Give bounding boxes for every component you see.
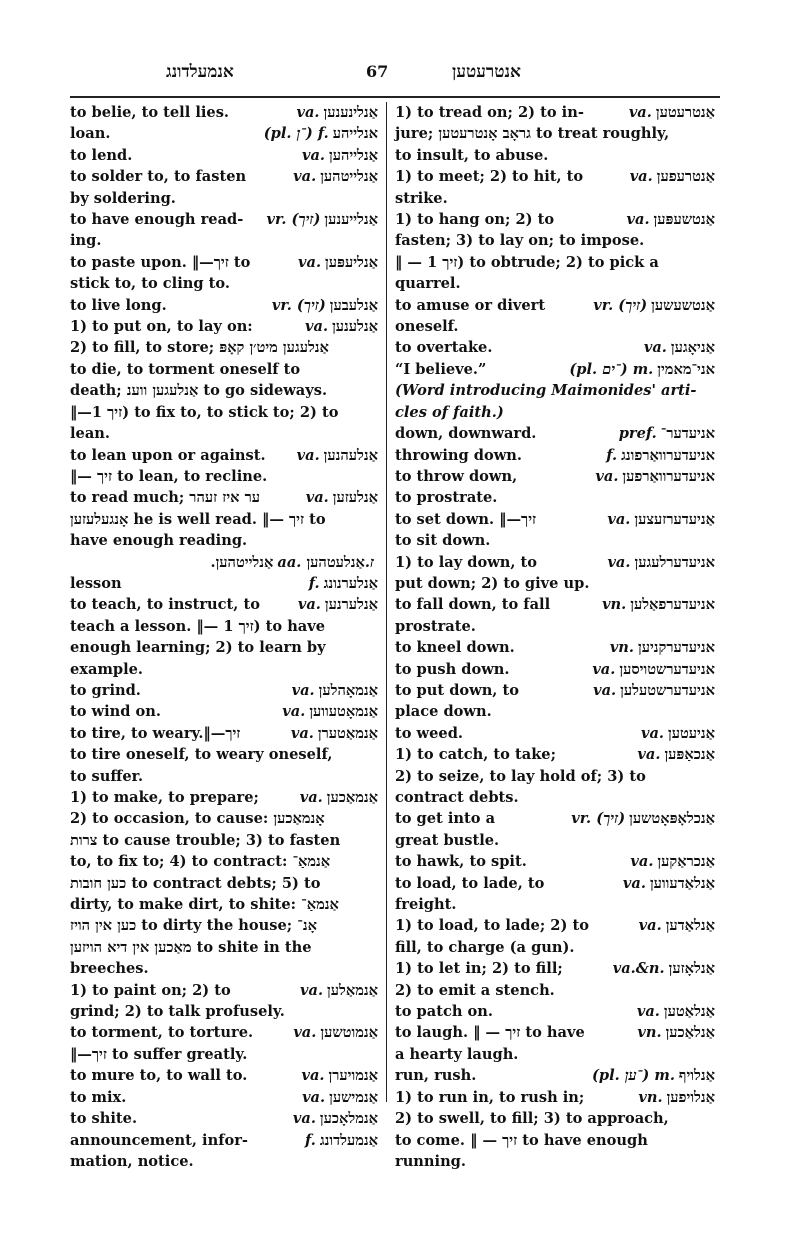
entry-definition: loan. [70,123,260,144]
entry-continuation: death; אַנלעגען ווענ to go sideways. [70,380,378,401]
entry-definition: 1) to paint on; 2) to [70,980,296,1001]
grammar-label: (pl. ־ים) m. [569,361,653,378]
dictionary-entry: to throw down,va.אניעדערוואַרפעןto prost… [395,466,715,509]
entry-note: (Word introducing Maimonides' arti- [395,380,715,401]
grammar-label: va. [623,875,646,892]
entry-continuation: מאַכען אין דיא הויזען to shite in the [70,937,378,958]
grammar-label: va. [297,447,320,464]
entry-continuation: 2) to seize, to lay hold of; 3) to [395,766,715,787]
grammar-label: vr. (זיך) [267,211,321,228]
entry-definition: to overtake. [395,337,640,358]
dictionary-entry: to have enough read-vr. (זיך)אַנלייענעןi… [70,209,378,252]
entry-definition: to kneel down. [395,637,606,658]
entry-headline: to paste upon. ‖—זיך tova.אַנליעפּען [70,252,378,273]
entry-continuation: 2) to fill, to store; אַנלעגען מיט׳ן קאָ… [70,337,378,358]
entry-continuation: example. [70,659,378,680]
entry-headline: throwing down.f.אניעדערוואַרפונג [395,445,715,466]
headword: אַנלייהען [329,147,378,164]
grammar-label: vn. [610,639,634,656]
entry-continuation: ing. [70,230,378,251]
entry-continuation: have enough reading. [70,530,378,551]
entry-headline: to set down. ‖—זיךva.אַניעדערזעצען [395,509,715,530]
grammar-label: va. [306,489,329,506]
grammar-label: va. [607,554,630,571]
headword: אני־מאמין [657,361,715,378]
entry-definition: 1) to run in, to rush in; [395,1087,634,1108]
dictionary-entry: to mix.va.אַנמישען [70,1087,378,1108]
entry-definition: to fall down, to fall [395,594,598,615]
entry-definition: to get into a [395,808,567,829]
entry-continuation: prostrate. [395,616,715,637]
dictionary-entry: to weed.va.אַניעטען [395,723,715,744]
entry-definition: to set down. ‖—זיך [395,509,603,530]
dictionary-entry: to overtake.va.אַניאָגען [395,337,715,358]
dictionary-entry: to teach, to instruct, tova.אַנלערנעןtea… [70,594,378,680]
grammar-label: va. [298,596,321,613]
entry-definition: to torment, to torture. [70,1022,289,1043]
headword: אַנלערנען [325,596,378,613]
entry-headline: to lend.va.אַנלייהען [70,145,378,166]
entry-headline: to grind.va.אַנמאָהלען [70,680,378,701]
entry-headline: 1) to put on, to lay on:va.אַנלענען [70,316,378,337]
entry-definition: to paste upon. ‖—זיך to [70,252,294,273]
entry-headline: to throw down,va.אניעדערוואַרפען [395,466,715,487]
headword: אַנלויפען [667,1089,715,1106]
headword: אַנלעטהען [306,554,364,571]
headword: אַנליעפּען [325,254,378,271]
dictionary-entry: lessonf.אַנלערנונג [70,573,378,594]
dictionary-entry: to laugh. ‖ — זיך to havevn.אַנלאַכעןa h… [395,1022,715,1065]
entry-headline: 1) to catch, to take;va.אַנכאַפּען [395,744,715,765]
entry-headline: 1) to meet; 2) to hit, tova.אַנטרעפען [395,166,715,187]
entry-headline: to amuse or divertvr. (זיך)אַנטשעשען [395,295,715,316]
headword: אַנכראַקען [657,853,715,870]
entry-continuation: fasten; 3) to lay on; to impose. [395,230,715,251]
entry-definition: “I believe.” [395,359,565,380]
entry-continuation: to sit down. [395,530,715,551]
entry-continuation: dirty, to make dirt, to shite: אַנמאַ־ [70,894,378,915]
entry-continuation: lean. [70,423,378,444]
entry-continuation: to tire oneself, to weary oneself, [70,744,378,765]
grammar-label: va. [293,1110,316,1127]
left-column: to belie, to tell lies.va.אַנלינענעןloan… [70,102,386,1172]
dictionary-entry: to belie, to tell lies.va.אַנלינענען [70,102,378,123]
entry-continuation: a hearty laugh. [395,1044,715,1065]
dictionary-entry: to wind on.va.אַנמאָטעווען [70,701,378,722]
entry-definition: to belie, to tell lies. [70,102,292,123]
entry-continuation: to, to fix to; 4) to contract: אַנמאַ־ [70,851,378,872]
entry-headline: to live long.vr. (זיך)אַנלעבען [70,295,378,316]
grammar-label: va. [282,703,305,720]
entry-continuation: fill, to charge (a gun). [395,937,715,958]
entry-definition: to patch on. [395,1001,633,1022]
headword: אַנמאָטעווען [309,703,378,720]
headword: אניעדערקניען [638,639,715,656]
headword: אַנלאַדען [666,917,715,934]
dictionary-entry: 1) to make, to prepare;va.אַנמאַכען2) to… [70,787,378,980]
entry-definition: to amuse or divert [395,295,589,316]
entry-definition: 1) to lay down, to [395,552,603,573]
entry-continuation: to die, to torment oneself to [70,359,378,380]
entry-continuation: teach a lesson. ‖— זיך 1) to have [70,616,378,637]
entry-definition: lesson [70,573,305,594]
headword: אַניאָגען [671,339,715,356]
entry-continuation: enough learning; 2) to learn by [70,637,378,658]
entry-headline: “I believe.”(pl. ־ים) m.אני־מאמין [395,359,715,380]
dictionary-entry: 1) to run in, to rush in;vn.אַנלויפען2) … [395,1087,715,1173]
grammar-label: va. [593,682,616,699]
grammar-label: va. [639,917,662,934]
headword: אַנמישען [329,1089,378,1106]
entry-definition: to load, to lade, to [395,873,619,894]
dictionary-entry: “I believe.”(pl. ־ים) m.אני־מאמין(Word i… [395,359,715,423]
grammar-label: va. [627,211,650,228]
entry-headline: loan.(pl. ־ן) f.אנלייהע [70,123,378,144]
entry-headline: to hawk, to spit.va.אַנכראַקען [395,851,715,872]
entry-definition: to teach, to instruct, to [70,594,294,615]
dictionary-entry: to patch on.va.אַנלאַטען [395,1001,715,1022]
entry-headline: to mure to, to wall to.va.אַנמויערן [70,1065,378,1086]
grammar-label: va. [301,1067,324,1084]
grammar-label: f. [606,447,617,464]
grammar-label: f. [305,1132,316,1149]
entry-continuation: 2) to swell, to fill; 3) to approach, [395,1108,715,1129]
cross-reference: אַנלייטהען. [211,554,274,571]
right-running-head: אנטרעטען [452,62,521,82]
headword: אַניעטען [668,725,715,742]
headword: אַנמאַכען [327,789,378,806]
grammar-label: va. [292,682,315,699]
entry-continuation: freight. [395,894,715,915]
dictionary-page: אנמעלדונג 67 אנטרעטען to belie, to tell … [70,60,720,1210]
headword: אַנלויף [679,1067,715,1084]
entry-continuation: breeches. [70,958,378,979]
entry-continuation: כען אין הויז to dirty the house; אָנ־ [70,915,378,936]
grammar-label: va. [296,104,319,121]
column-divider [386,102,387,1102]
headword: אַנלענען [332,318,378,335]
entry-definition: to wind on. [70,701,278,722]
entry-definition: to throw down, [395,466,591,487]
entry-continuation: 2) to emit a stench. [395,980,715,1001]
entry-headline: to have enough read-vr. (זיך)אַנלייענען [70,209,378,230]
entry-headline: to get into avr. (זיך)אַנכלאָפּאָטשען [395,808,715,829]
dictionary-entry: throwing down.f.אניעדערוואַרפונג [395,445,715,466]
grammar-label: va. [630,853,653,870]
grammar-label: va. [291,725,314,742]
entry-definition: run, rush. [395,1065,588,1086]
entry-headline: 1) to load, to lade; 2) tova.אַנלאַדען [395,915,715,936]
dictionary-entry: to tire, to weary.‖—זיךva.אַנמאַטערןto t… [70,723,378,787]
headword: אַנמאָהלען [319,682,378,699]
right-column: 1) to tread on; 2) to in-va.אַנטרעטעןjur… [395,102,715,1172]
headword: אַנטשעפּען [654,211,715,228]
headword: אַנלעזען [333,489,378,506]
headword: אַנלאָזען [669,960,715,977]
entry-headline: 1) to run in, to rush in;vn.אַנלויפען [395,1087,715,1108]
dictionary-entry: to hawk, to spit.va.אַנכראַקען [395,851,715,872]
entry-headline: to load, to lade, tova.אַנלאַדעווען [395,873,715,894]
dictionary-entry: to get into avr. (זיך)אַנכלאָפּאָטשעןgre… [395,808,715,851]
dictionary-entry: to lend.va.אַנלייהען [70,145,378,166]
headword: אַנטרעפען [657,168,715,185]
entry-headline: down, downward.pref.אניעדער־ [395,423,715,444]
dictionary-entry: 1) to load, to lade; 2) tova.אַנלאַדעןfi… [395,915,715,958]
headword: אניעדערשטעלען [620,682,715,699]
dictionary-entry: announcement, infor-f.אַנמעלדונגmation, … [70,1130,378,1173]
entry-headline: to read much; ער איז זעהרva.אַנלעזען [70,487,378,508]
grammar-label: va. [644,339,667,356]
headword: אַניעדערזעצען [634,511,715,528]
headword: אַנכלאָפּאָטשען [629,810,715,827]
header-rule [70,96,720,98]
entry-headline: אַנלייטהען.aa. ז.אַנלעטהען [70,552,378,573]
entry-continuation: stick to, to cling to. [70,273,378,294]
entry-definition: to lend. [70,145,298,166]
grammar-label: vr. (זיך) [571,810,625,827]
entry-continuation: jure; גראָב אָנטרעטען to treat roughly, [395,123,715,144]
dictionary-entry: to live long.vr. (זיך)אַנלעבען [70,295,378,316]
entry-continuation: great bustle. [395,830,715,851]
columns: to belie, to tell lies.va.אַנלינענעןloan… [70,102,720,1172]
grammar-label: va. [293,168,316,185]
entry-definition: 1) to catch, to take; [395,744,633,765]
entry-definition: to hawk, to spit. [395,851,626,872]
headword: אניעדערוואַרפונג [621,447,715,464]
entry-definition: 1) to let in; 2) to fill; [395,958,609,979]
entry-continuation: ‖—זיך 1) to fix to, to stick to; 2) to [70,402,378,423]
entry-headline: to lean upon or against.va.אַנלעהנען [70,445,378,466]
headword: אניעדערלעגען [634,554,715,571]
grammar-label: vr. (זיך) [593,297,647,314]
dictionary-entry: to amuse or divertvr. (זיך)אַנטשעשעןones… [395,295,715,338]
entry-headline: to tire, to weary.‖—זיךva.אַנמאַטערן [70,723,378,744]
entry-definition: to mix. [70,1087,298,1108]
headword: אַנמעלדונג [320,1132,378,1149]
headword: אַנלעבען [330,297,378,314]
entry-headline: 1) to lay down, tova.אניעדערלעגען [395,552,715,573]
grammar-label: (pl. ־ן) f. [264,125,329,142]
page-header: אנמעלדונג 67 אנטרעטען [70,60,720,94]
entry-definition: to mure to, to wall to. [70,1065,297,1086]
dictionary-entry: loan.(pl. ־ן) f.אנלייהע [70,123,378,144]
headword: אַנלאַכען [666,1024,715,1041]
entry-headline: to torment, to torture.va.אַנמוטשען [70,1022,378,1043]
dictionary-entry: to grind.va.אַנמאָהלען [70,680,378,701]
entry-headline: 1) to make, to prepare;va.אַנמאַכען [70,787,378,808]
grammar-label: va. [298,254,321,271]
entry-headline: 1) to tread on; 2) to in-va.אַנטרעטען [395,102,715,123]
grammar-label: vn. [637,1024,661,1041]
dictionary-entry: to push down.va.אניעדערשטויסען [395,659,715,680]
grammar-label: va. [293,1024,316,1041]
entry-headline: to shite.va.אַנמלאָכען [70,1108,378,1129]
entry-headline: to patch on.va.אַנלאַטען [395,1001,715,1022]
headword: אַנלייטהען [320,168,378,185]
entry-definition: 1) to make, to prepare; [70,787,296,808]
dictionary-entry: to solder to, to fastenva.אַנלייטהעןby s… [70,166,378,209]
entry-definition: 1) to hang on; 2) to [395,209,623,230]
grammar-label: va. [629,104,652,121]
grammar-label: (pl. ־ען) m. [592,1067,675,1084]
entry-continuation: contract debts. [395,787,715,808]
entry-definition: down, downward. [395,423,615,444]
entry-continuation: quarrel. [395,273,715,294]
entry-definition: to lean upon or against. [70,445,293,466]
headword: אַנלערנונג [324,575,378,592]
entry-definition: to read much; ער איז זעהר [70,487,302,508]
headword: אניעדערשטויסען [619,661,715,678]
entry-continuation: mation, notice. [70,1151,378,1172]
entry-continuation: ‖ — זיך 1) to obtrude; 2) to pick a [395,252,715,273]
entry-headline: to wind on.va.אַנמאָטעווען [70,701,378,722]
entry-headline: announcement, infor-f.אַנמעלדונג [70,1130,378,1151]
entry-continuation: grind; 2) to talk profusely. [70,1001,378,1022]
entry-definition [70,552,211,573]
headword: אַנלאַדעווען [650,875,715,892]
entry-note: cles of faith.) [395,402,715,423]
headword: אַנמויערן [329,1067,378,1084]
entry-headline: to overtake.va.אַניאָגען [395,337,715,358]
entry-headline: 1) to let in; 2) to fill;va.&n.אַנלאָזען [395,958,715,979]
grammar-label: va. [637,1003,660,1020]
grammar-label: vr. (זיך) [272,297,326,314]
grammar-label: va. [607,511,630,528]
entry-definition: to weed. [395,723,637,744]
entry-definition: to have enough read- [70,209,263,230]
entry-definition: throwing down. [395,445,602,466]
dictionary-entry: to read much; ער איז זעהרva.אַנלעזעןאָנג… [70,487,378,551]
dictionary-entry: to kneel down.vn.אניעדערקניען [395,637,715,658]
grammar-label: va. [637,746,660,763]
entry-headline: to weed.va.אַניעטען [395,723,715,744]
entry-definition: to grind. [70,680,288,701]
entry-definition: 1) to meet; 2) to hit, to [395,166,626,187]
grammar-label: va. [641,725,664,742]
entry-continuation: ‖— זיך to lean, to recline. [70,466,378,487]
dictionary-entry: 1) to let in; 2) to fill;va.&n.אַנלאָזען… [395,958,715,1001]
dictionary-entry: 1) to hang on; 2) tova.אַנטשעפּעןfasten;… [395,209,715,295]
entry-headline: 1) to hang on; 2) tova.אַנטשעפּען [395,209,715,230]
headword: אַנמאַטערן [318,725,378,742]
entry-headline: to mix.va.אַנמישען [70,1087,378,1108]
entry-definition: to push down. [395,659,588,680]
headword: אנלייהע [333,125,378,142]
dictionary-entry: to paste upon. ‖—זיך tova.אַנליעפּעןstic… [70,252,378,295]
grammar-label: va. [305,318,328,335]
entry-headline: to teach, to instruct, tova.אַנלערנען [70,594,378,615]
headword: אַנלעהנען [324,447,378,464]
dictionary-entry: to load, to lade, tova.אַנלאַדעוועןfreig… [395,873,715,916]
entry-definition: announcement, infor- [70,1130,301,1151]
left-running-head: אנמעלדונג [166,62,234,82]
entry-definition: to live long. [70,295,268,316]
dictionary-entry: 1) to lay down, tova.אניעדערלעגעןput dow… [395,552,715,595]
entry-headline: lessonf.אַנלערנונג [70,573,378,594]
dictionary-entry: 1) to tread on; 2) to in-va.אַנטרעטעןjur… [395,102,715,166]
entry-continuation: running. [395,1151,715,1172]
headword: אַנמלאָכען [320,1110,378,1127]
dictionary-entry: 1) to paint on; 2) tova.אַנמאַלעןgrind; … [70,980,378,1023]
entry-headline: to kneel down.vn.אניעדערקניען [395,637,715,658]
entry-definition: to tire, to weary.‖—זיך [70,723,287,744]
headword: אַנכאַפּען [664,746,715,763]
entry-continuation: כען חובות to contract debts; 5) to [70,873,378,894]
dictionary-entry: to shite.va.אַנמלאָכען [70,1108,378,1129]
grammar-label: va. [302,147,325,164]
grammar-label: vn. [602,596,626,613]
headword: אַנלינענען [324,104,379,121]
entry-headline: to laugh. ‖ — זיך to havevn.אַנלאַכען [395,1022,715,1043]
headword: אַנמוטשען [320,1024,378,1041]
entry-continuation: oneself. [395,316,715,337]
entry-continuation: by soldering. [70,188,378,209]
entry-continuation: צרות to cause trouble; 3) to fasten [70,830,378,851]
entry-continuation: put down; 2) to give up. [395,573,715,594]
dictionary-entry: to lean upon or against.va.אַנלעהנען‖— ז… [70,445,378,488]
headword: אַנלאַטען [664,1003,715,1020]
grammar-label: va. [300,789,323,806]
dictionary-entry: אַנלייטהען.aa. ז.אַנלעטהען [70,552,378,573]
dictionary-entry: to torment, to torture.va.אַנמוטשען‖—זיך… [70,1022,378,1065]
grammar-label: vn. [638,1089,662,1106]
dictionary-entry: to mure to, to wall to.va.אַנמויערן [70,1065,378,1086]
grammar-label: f. [309,575,320,592]
grammar-label: va. [300,982,323,999]
entry-continuation: 2) to occasion, to cause: אָנמאַכען [70,808,378,829]
grammar-label: va.&n. [613,960,665,977]
dictionary-entry: to fall down, to fallvn.אניעדערפאַלעןpro… [395,594,715,637]
headword: אַנטשעשען [651,297,715,314]
page-number: 67 [366,62,388,81]
headword: אניעדערוואַרפען [622,468,715,485]
entry-headline: to push down.va.אניעדערשטויסען [395,659,715,680]
entry-definition: to laugh. ‖ — זיך to have [395,1022,633,1043]
headword: אַנלייענען [324,211,378,228]
entry-headline: to fall down, to fallvn.אניעדערפאַלען [395,594,715,615]
dictionary-entry: 1) to meet; 2) to hit, tova.אַנטרעפעןstr… [395,166,715,209]
grammar-label: va. [595,468,618,485]
dictionary-entry: to put down, tova.אניעדערשטעלעןplace dow… [395,680,715,723]
entry-definition: 1) to load, to lade; 2) to [395,915,635,936]
entry-continuation: to suffer. [70,766,378,787]
entry-continuation: to insult, to abuse. [395,145,715,166]
entry-headline: run, rush.(pl. ־ען) m.אַנלויף [395,1065,715,1086]
entry-definition: to put down, to [395,680,589,701]
entry-continuation: strike. [395,188,715,209]
grammar-label: va. [302,1089,325,1106]
entry-headline: to put down, tova.אניעדערשטעלען [395,680,715,701]
entry-definition: 1) to tread on; 2) to in- [395,102,625,123]
dictionary-entry: run, rush.(pl. ־ען) m.אַנלויף [395,1065,715,1086]
dictionary-entry: 1) to catch, to take;va.אַנכאַפּען2) to … [395,744,715,808]
headword: אניעדער־ [661,425,715,442]
entry-headline: 1) to paint on; 2) tova.אַנמאַלען [70,980,378,1001]
entry-continuation: אָנגעלעזען he is well read. ‖— זיך to [70,509,378,530]
entry-continuation: ‖—זיך to suffer greatly. [70,1044,378,1065]
headword: אַנטרעטען [656,104,715,121]
entry-continuation: place down. [395,701,715,722]
dictionary-entry: down, downward.pref.אניעדער־ [395,423,715,444]
entry-continuation: to come. ‖ — זיך to have enough [395,1130,715,1151]
entry-definition: to solder to, to fasten [70,166,289,187]
grammar-label: va. [592,661,615,678]
headword: אניעדערפאַלען [630,596,715,613]
entry-definition: 1) to put on, to lay on: [70,316,301,337]
dictionary-entry: to set down. ‖—זיךva.אַניעדערזעצעןto sit… [395,509,715,552]
entry-headline: to belie, to tell lies.va.אַנלינענען [70,102,378,123]
grammar-label: va. [630,168,653,185]
